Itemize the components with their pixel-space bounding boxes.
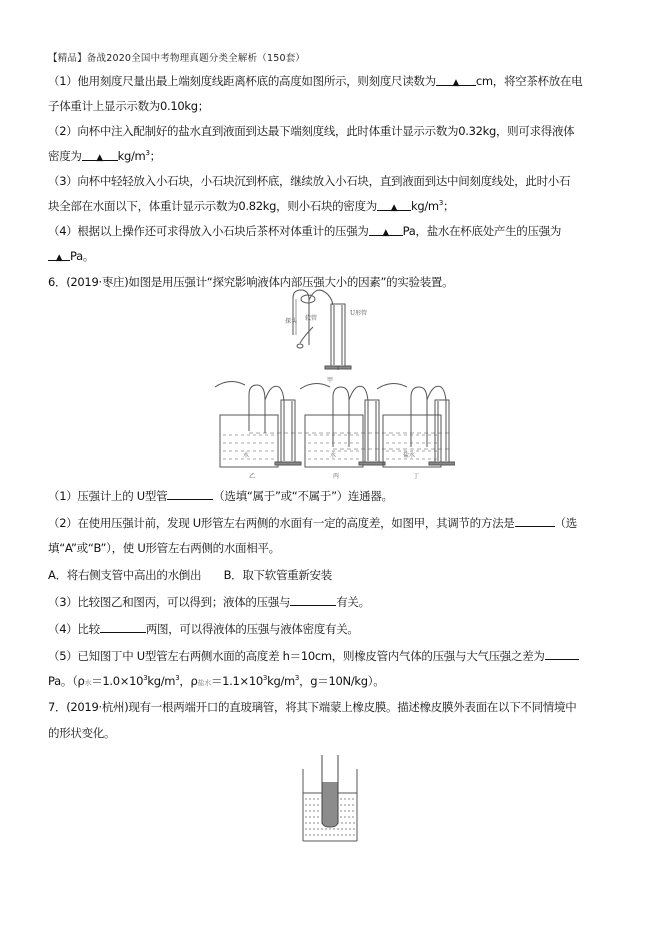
- answer-blank[interactable]: ▲: [369, 223, 403, 236]
- q5-part1-line2: 子体重计上显示示数为0.10kg；: [48, 98, 209, 114]
- svg-text:盐水: 盐水: [403, 451, 415, 459]
- q5-part4-line2: ▲Pa。: [48, 248, 94, 264]
- q6-part2-line1: （2）在使用压强计前，发现 U形管左右两侧的水面有一定的高度差，如图甲，其调节的…: [48, 514, 577, 531]
- q5-part1-line1: （1）他用刻度尺量出最上端刻度线距离杯底的高度如图所示，则刻度尺读数为▲cm，将…: [48, 73, 582, 89]
- svg-text:丁: 丁: [413, 473, 419, 480]
- answer-blank[interactable]: [515, 514, 555, 527]
- svg-text:软管: 软管: [305, 314, 317, 322]
- svg-text:甲: 甲: [327, 376, 333, 384]
- glass-tube-figure: [300, 755, 360, 849]
- q6-part5-line1: （5）已知图丁中 U型管左右两侧水面的高度差 h＝10cm，则橡皮管内气体的压强…: [48, 647, 579, 664]
- q6-part5-line2: Pa。（ρ水＝1.0×103kg/m3，ρ盐水＝1.1×103kg/m3，g＝1…: [48, 673, 384, 691]
- q7-title-line2: 的形状变化。: [48, 725, 115, 741]
- answer-blank[interactable]: [545, 647, 579, 660]
- answer-blank[interactable]: ▲: [436, 73, 476, 86]
- answer-blank[interactable]: ▲: [48, 248, 70, 261]
- answer-blank[interactable]: ▲: [82, 148, 118, 161]
- svg-text:乙: 乙: [249, 473, 255, 480]
- answer-blank[interactable]: [100, 620, 146, 633]
- pressure-gauge-figure: 软管 探头 U形管 甲: [205, 285, 455, 484]
- q6-part2-line2: 填“A”或“B”），使 U形管左右两侧的水面相平。: [48, 540, 280, 556]
- svg-text:水: 水: [243, 451, 249, 459]
- svg-text:丙: 丙: [333, 473, 339, 480]
- q6-part1: （1）压强计上的 U型管（选填“属于”或“不属于”）连通器。: [48, 487, 393, 504]
- q5-part4-line1: （4）根据以上操作还可求得放入小石块后茶杯对体重计的压强为▲Pa，盐水在杯底处产…: [48, 223, 561, 239]
- q5-part3-line1: （3）向杯中轻轻放入小石块，小石块沉到杯底，继续放入小石块，直到液面到达中间刻度…: [48, 173, 570, 189]
- q5-part2-line1: （2）向杯中注入配制好的盐水直到液面到达最下端刻度线，此时体重计显示示数为0.3…: [48, 123, 574, 139]
- page-header: 【精品】备战2020全国中考物理真题分类全解析（150套）: [48, 50, 305, 64]
- svg-text:U形管: U形管: [350, 309, 367, 317]
- q6-part3: （3）比较图乙和图丙，可以得到；液体的压强与有关。: [48, 593, 370, 610]
- q6-options: A．将右侧支管中高出的水倒出 B．取下软管重新安装: [48, 567, 332, 583]
- q6-part4: （4）比较两图，可以得液体的压强与液体密度有关。: [48, 620, 359, 637]
- svg-text:探头: 探头: [285, 317, 298, 325]
- svg-text:水: 水: [330, 451, 336, 459]
- q5-part3-line2: 块全部在水面以下，体重计显示示数为0.82kg，则小石块的密度为▲kg/m3；: [48, 198, 454, 214]
- q7-title-line1: 7．(2019·杭州)现有一根两端开口的直玻璃管，将其下端蒙上橡皮膜。描述橡皮膜…: [48, 699, 576, 715]
- q5-part2-line2: 密度为▲kg/m3；: [48, 148, 161, 164]
- answer-blank[interactable]: [290, 593, 336, 606]
- answer-blank[interactable]: [167, 487, 213, 500]
- answer-blank[interactable]: ▲: [377, 198, 411, 211]
